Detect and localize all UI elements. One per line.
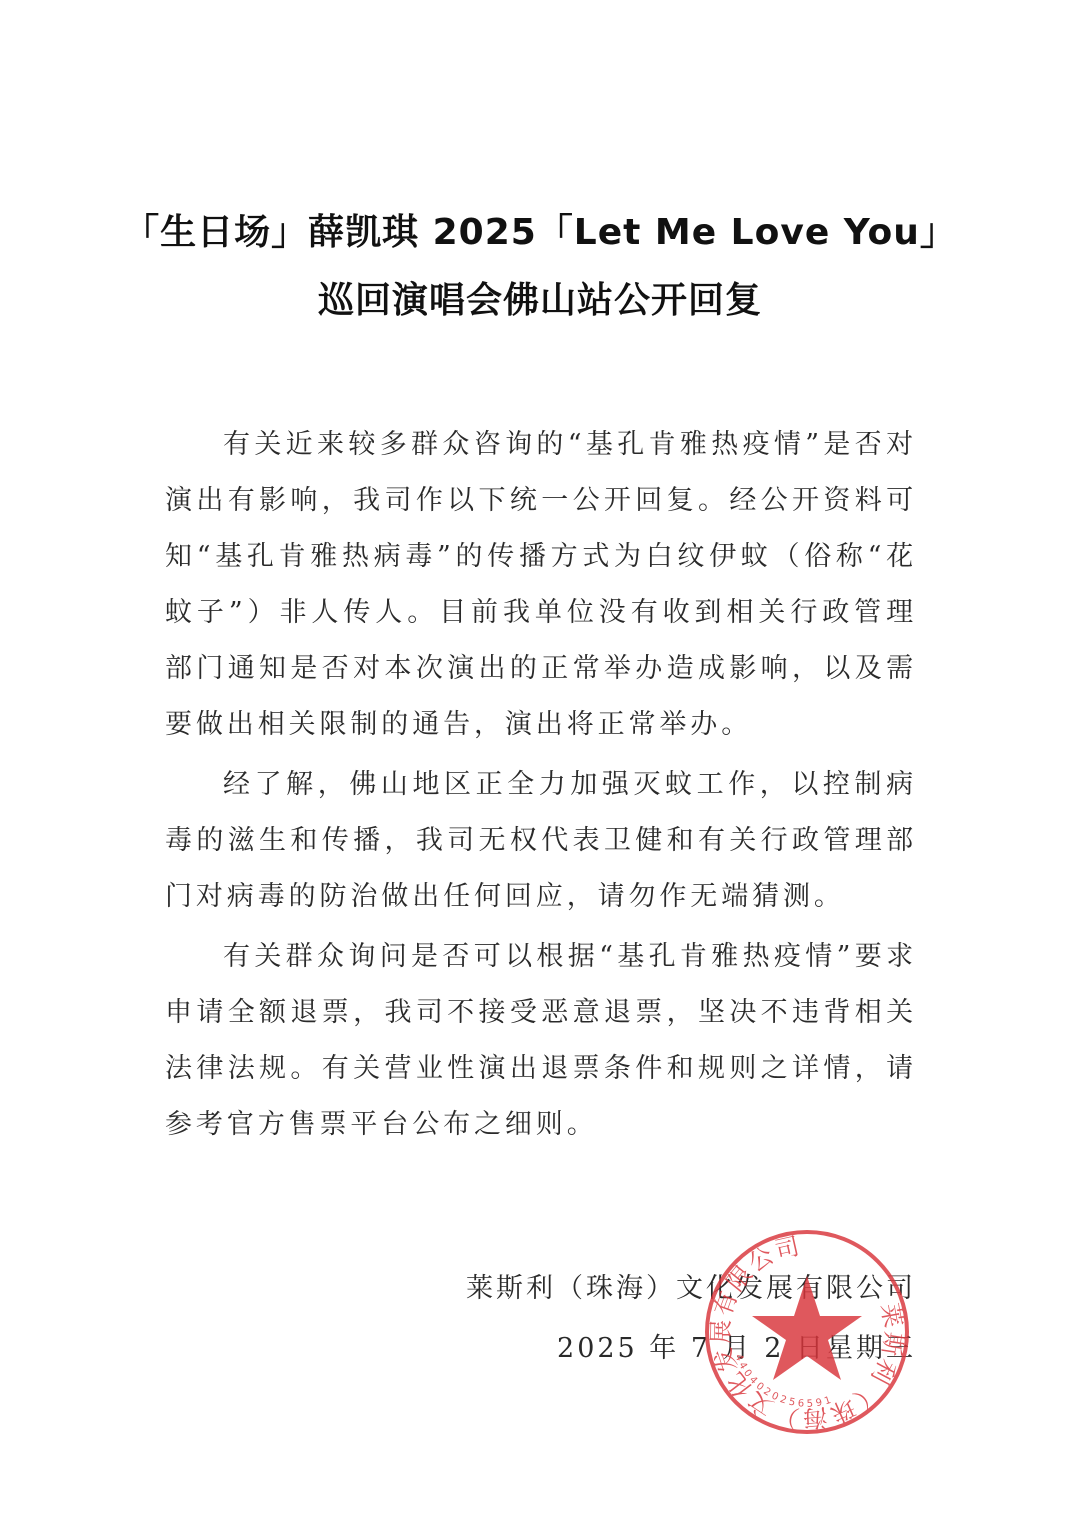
document-title-line2: 巡回演唱会佛山站公开回复 [0, 272, 1080, 323]
document-body: 有关近来较多群众咨询的“基孔肯雅热疫情”是否对演出有影响，我司作以下统一公开回复… [165, 417, 917, 1157]
document-page: 「生日场」薛凯琪 2025「Let Me Love You」 巡回演唱会佛山站公… [0, 0, 1080, 1527]
paragraph-3: 有关群众询问是否可以根据“基孔肯雅热疫情”要求申请全额退票，我司不接受恶意退票，… [165, 929, 917, 1153]
company-seal-stamp: 莱斯利（珠海）文化发展有限公司 4404020256591 [703, 1228, 911, 1436]
paragraph-2: 经了解，佛山地区正全力加强灭蚊工作，以控制病毒的滋生和传播，我司无权代表卫健和有… [165, 757, 917, 925]
star-icon [752, 1276, 862, 1380]
paragraph-1: 有关近来较多群众咨询的“基孔肯雅热疫情”是否对演出有影响，我司作以下统一公开回复… [165, 417, 917, 753]
document-title-line1: 「生日场」薛凯琪 2025「Let Me Love You」 [0, 204, 1080, 255]
